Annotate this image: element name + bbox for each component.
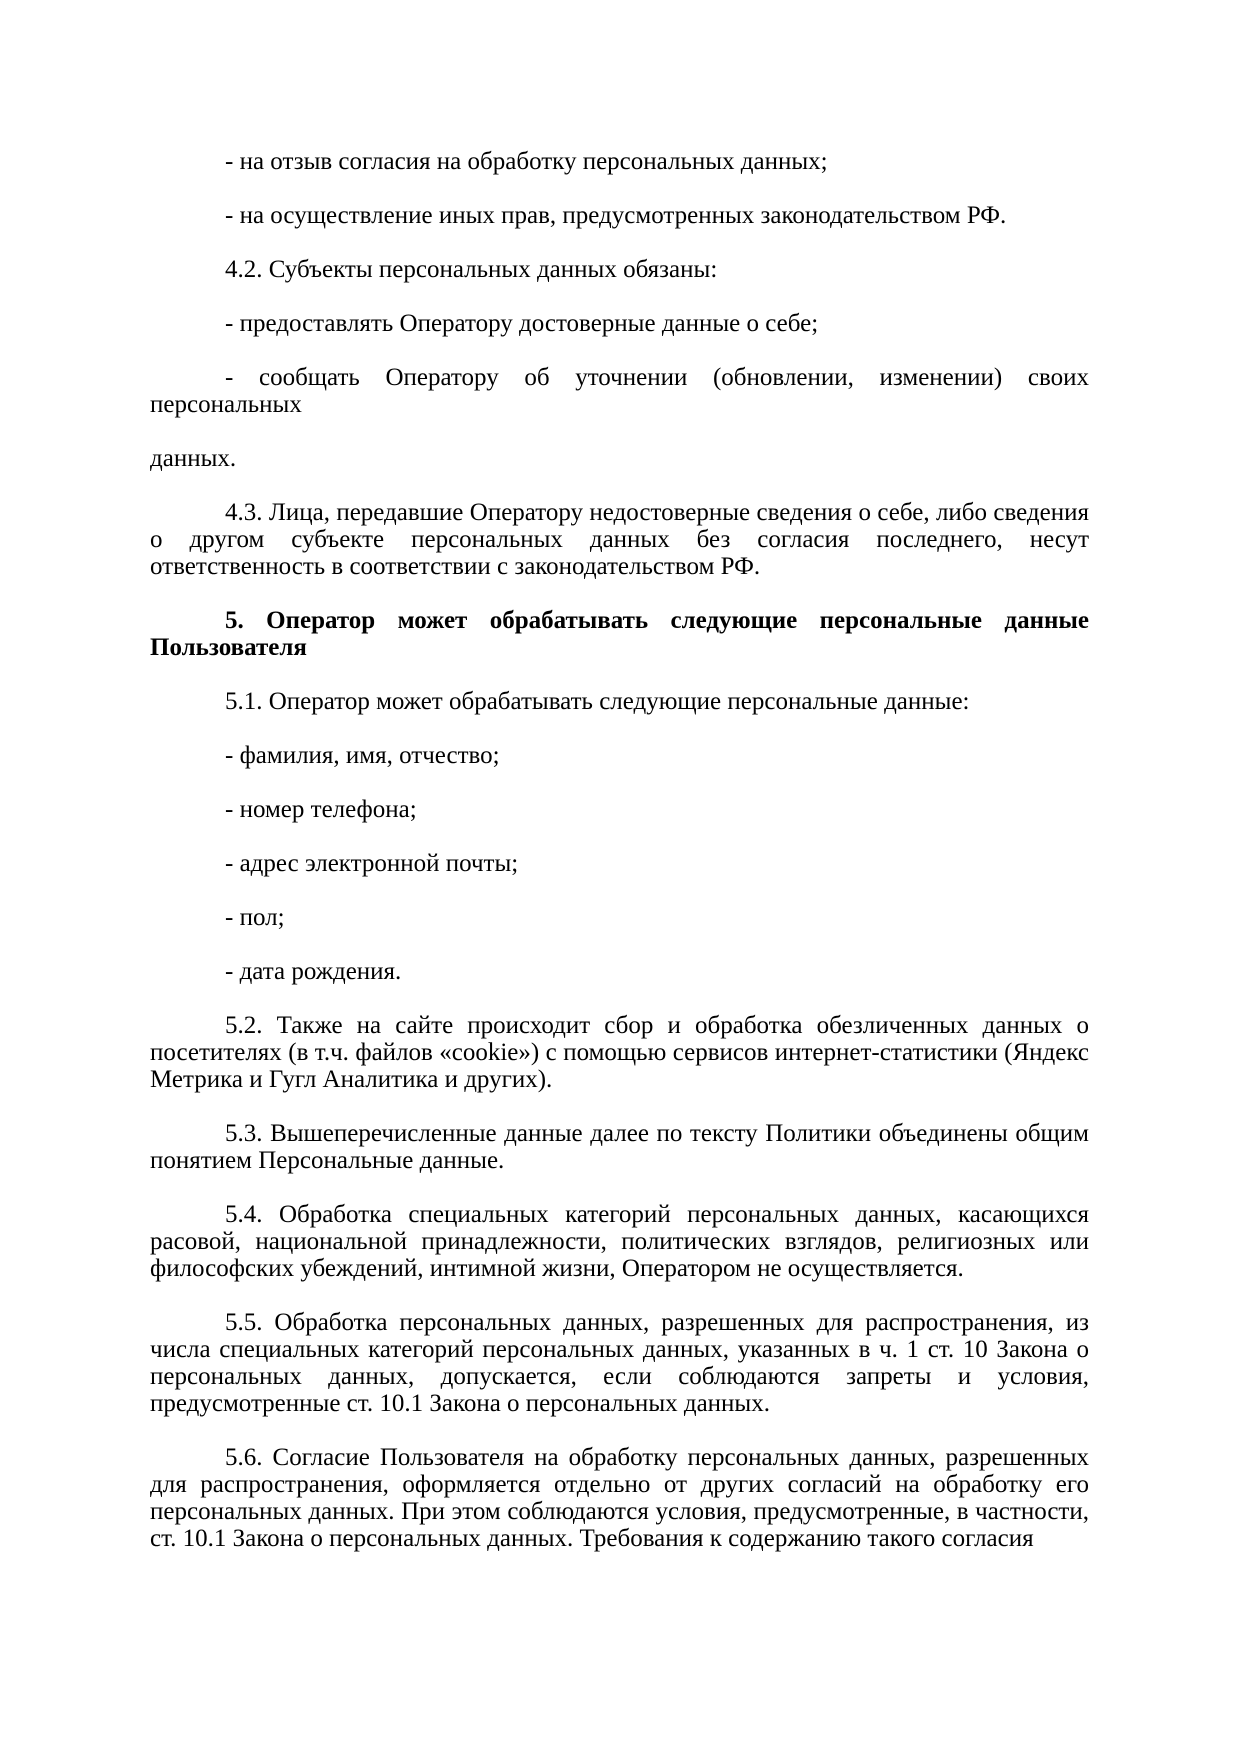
document-page: - на отзыв согласия на обработку персона… (0, 0, 1241, 1754)
document-paragraph: - адрес электронной почты; (150, 850, 1089, 877)
document-paragraph: - номер телефона; (150, 796, 1089, 823)
document-paragraph: - дата рождения. (150, 958, 1089, 985)
document-paragraph: - фамилия, имя, отчество; (150, 742, 1089, 769)
document-paragraph: данных. (150, 445, 1089, 472)
document-paragraph: 5.4. Обработка специальных категорий пер… (150, 1201, 1089, 1282)
document-paragraph: 5.6. Согласие Пользователя на обработку … (150, 1444, 1089, 1552)
document-paragraph: 5.1. Оператор может обрабатывать следующ… (150, 688, 1089, 715)
document-paragraph: - на осуществление иных прав, предусмотр… (150, 202, 1089, 229)
document-paragraph: - предоставлять Оператору достоверные да… (150, 310, 1089, 337)
document-paragraph: - пол; (150, 904, 1089, 931)
section-heading: 5. Оператор может обрабатывать следующие… (150, 607, 1089, 661)
document-paragraph: - сообщать Оператору об уточнении (обнов… (150, 364, 1089, 418)
document-paragraph: 5.2. Также на сайте происходит сбор и об… (150, 1012, 1089, 1093)
document-paragraph: 4.3. Лица, передавшие Оператору недостов… (150, 499, 1089, 580)
document-paragraph: - на отзыв согласия на обработку персона… (150, 148, 1089, 175)
document-paragraph: 5.5. Обработка персональных данных, разр… (150, 1309, 1089, 1417)
document-paragraph: 5.3. Вышеперечисленные данные далее по т… (150, 1120, 1089, 1174)
document-paragraph: 4.2. Субъекты персональных данных обязан… (150, 256, 1089, 283)
document-body: - на отзыв согласия на обработку персона… (150, 148, 1089, 1552)
